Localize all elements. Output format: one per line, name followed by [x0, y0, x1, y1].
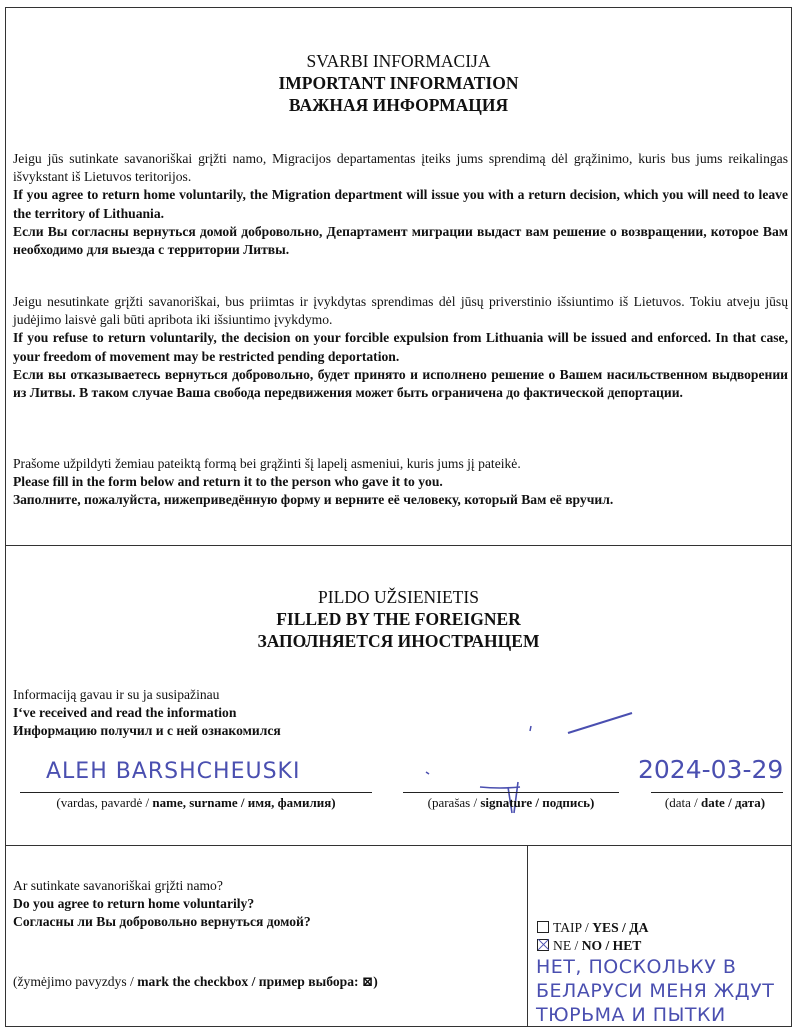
- checkbox-example: (žymėjimo pavyzdys / mark the checkbox /…: [13, 973, 378, 991]
- title-ru: ВАЖНАЯ ИНФОРМАЦИЯ: [5, 94, 792, 116]
- text-en: If you agree to return home voluntarily,…: [13, 186, 788, 222]
- text-ru: Если вы отказываетесь вернуться добровол…: [13, 366, 788, 402]
- caption-en: signature: [480, 795, 532, 810]
- text-lt: Jeigu jūs sutinkate savanoriškai grįžti …: [13, 150, 788, 186]
- date-caption: (data / date / дата): [645, 795, 785, 811]
- ack-lt: Informaciją gavau ir su ja susipažinau: [13, 686, 281, 704]
- option-ru: / ДА: [619, 920, 649, 935]
- checkbox-no-checked-icon[interactable]: [537, 939, 549, 951]
- caption-en: date: [701, 795, 725, 810]
- note-line: ТЮРЬМА И ПЫТКИ: [536, 1003, 774, 1027]
- paragraph-forcible-expulsion: Jeigu nesutinkate grįžti savanoriškai, b…: [13, 293, 788, 402]
- option-lt: NE /: [553, 938, 582, 953]
- title-en: IMPORTANT INFORMATION: [5, 72, 792, 94]
- title-lt: PILDO UŽSIENIETIS: [5, 586, 792, 608]
- date-line: [651, 792, 783, 793]
- caption-en: name, surname: [152, 795, 237, 810]
- caption-ru: / дата): [725, 795, 765, 810]
- ack-ru: Информацию получил и с ней ознакомился: [13, 722, 281, 740]
- title-en: FILLED BY THE FOREIGNER: [5, 608, 792, 630]
- text-en: If you refuse to return voluntarily, the…: [13, 329, 788, 365]
- section-divider: [5, 845, 792, 846]
- section-divider: [5, 545, 792, 546]
- question-text: Ar sutinkate savanoriškai grįžti namo? D…: [13, 877, 311, 932]
- signature-ink[interactable]: [420, 708, 640, 798]
- signature-caption: (parašas / signature / подпись): [403, 795, 619, 811]
- option-en: YES: [592, 920, 618, 935]
- paragraph-voluntary-return: Jeigu jūs sutinkate savanoriškai grįžti …: [13, 150, 788, 259]
- question-lt: Ar sutinkate savanoriškai grįžti namo?: [13, 877, 311, 895]
- signature-line: [403, 792, 619, 793]
- note-line: НЕТ, ПОСКОЛЬКУ В: [536, 955, 774, 979]
- handwritten-note: НЕТ, ПОСКОЛЬКУ В БЕЛАРУСИ МЕНЯ ЖДУТ ТЮРЬ…: [536, 955, 774, 1027]
- text-ru: Если Вы согласны вернуться домой доброво…: [13, 223, 788, 259]
- paragraph-instructions: Prašome užpildyti žemiau pateiktą formą …: [13, 455, 788, 510]
- name-caption: (vardas, pavardė / name, surname / имя, …: [20, 795, 372, 811]
- caption-lt: (parašas /: [428, 795, 481, 810]
- question-en: Do you agree to return home voluntarily?: [13, 895, 311, 913]
- name-field-value[interactable]: ALEH BARSHCHEUSKI: [46, 759, 300, 784]
- option-no[interactable]: NE / NO / НЕТ: [537, 937, 641, 955]
- checkbox-yes-icon[interactable]: [537, 921, 549, 933]
- title-lt: SVARBI INFORMACIJA: [5, 50, 792, 72]
- note-line: БЕЛАРУСИ МЕНЯ ЖДУТ: [536, 979, 774, 1003]
- example-en: mark the checkbox: [137, 974, 248, 989]
- question-ru: Согласны ли Вы добровольно вернуться дом…: [13, 913, 311, 931]
- column-divider: [527, 845, 528, 1027]
- example-lt: (žymėjimo pavyzdys /: [13, 974, 137, 989]
- example-ru: / пример выбора: ⊠): [248, 974, 378, 989]
- caption-lt: (data /: [665, 795, 701, 810]
- caption-ru: / имя, фамилия): [238, 795, 336, 810]
- text-lt: Jeigu nesutinkate grįžti savanoriškai, b…: [13, 293, 788, 329]
- option-ru: / НЕТ: [602, 938, 641, 953]
- acknowledgement-text: Informaciją gavau ir su ja susipažinau I…: [13, 686, 281, 741]
- text-en: Please fill in the form below and return…: [13, 473, 788, 491]
- ack-en: I‘ve received and read the information: [13, 704, 281, 722]
- foreigner-heading: PILDO UŽSIENIETIS FILLED BY THE FOREIGNE…: [5, 586, 792, 652]
- name-field-line: [20, 792, 372, 793]
- option-en: NO: [582, 938, 602, 953]
- text-lt: Prašome užpildyti žemiau pateiktą formą …: [13, 455, 788, 473]
- caption-ru: / подпись): [532, 795, 594, 810]
- date-field-value[interactable]: 2024-03-29: [638, 755, 783, 784]
- important-info-heading: SVARBI INFORMACIJA IMPORTANT INFORMATION…: [5, 50, 792, 116]
- option-lt: TAIP /: [553, 920, 592, 935]
- caption-lt: (vardas, pavardė /: [56, 795, 152, 810]
- title-ru: ЗАПОЛНЯЕТСЯ ИНОСТРАНЦЕМ: [5, 630, 792, 652]
- option-yes[interactable]: TAIP / YES / ДА: [537, 919, 648, 937]
- text-ru: Заполните, пожалуйста, нижеприведённую ф…: [13, 491, 788, 509]
